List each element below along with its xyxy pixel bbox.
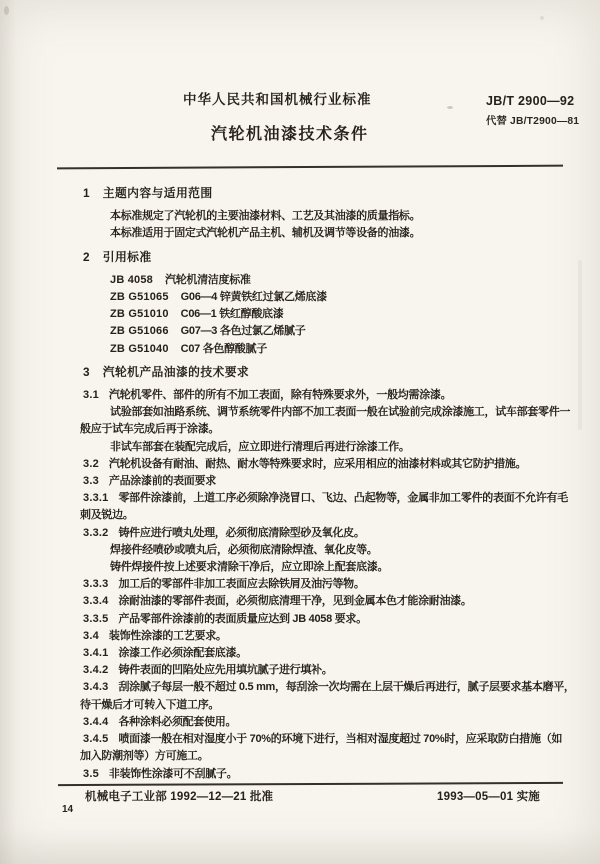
section-heading: 3汽轮机产品油漆的技术要求 [80,364,572,381]
scan-artifact [540,16,544,20]
doc-line: ZB G51040C07 各色醇酸腻子 [80,341,572,358]
clause-text: 零部件涂漆前，上道工序必须除净浇冒口、飞边、凸起物等，金属非加工零件的表面不允许… [118,492,567,504]
clause-text: 喷面漆一般在相对湿度小于 70%的环境下进行，当相对湿度超过 70%时，应采取防… [118,733,562,745]
doc-line: 3.3.4涂耐油漆的零部件表面，必须彻底清理干净，见到金属本色才能涂耐油漆。 [80,593,572,610]
doc-line: 3.4.1涂漆工作必须涂配套底漆。 [80,645,572,662]
doc-line: 3.3产品涂漆前的表面要求 [80,473,572,490]
clause-text: 涂漆工作必须涂配套底漆。 [118,647,246,659]
page-number: 14 [62,804,73,815]
scan-artifact [447,106,453,109]
clause-text: 刺及锐边。 [80,509,134,521]
clause-text: 焊接件经喷砂或喷丸后，必须彻底清除焊渣、氧化皮等。 [110,544,378,556]
clause-text: 加工后的零部件非加工表面应去除铁屑及油污等物。 [118,578,364,590]
doc-line: 焊接件经喷砂或喷丸后，必须彻底清除焊渣、氧化皮等。 [80,542,572,559]
clause-text: 铸件表面的凹陷处应先用填坑腻子进行填补。 [118,664,332,676]
scan-artifact [4,6,9,15]
clause-number: 3.4.3 [83,681,108,693]
clause-text: 刮涂腻子每层一般不超过 0.5 mm，每刮涂一次均需在上层干燥后再进行，腻子层要… [118,681,574,693]
header-rule [57,165,563,170]
section-heading: 2引用标准 [80,249,572,266]
doc-line: 铸件焊接件按上述要求清除干净后，应立即涂上配套底漆。 [80,559,572,576]
clause-text: 装饰性涂漆的工艺要求。 [109,630,227,642]
standard-code: JB/T 2900—92 [486,94,579,108]
clause-text: 产品涂漆前的表面要求 [109,475,216,487]
clause-number: 1 [83,186,90,200]
clause-text: 加入防潮剂等）方可施工。 [80,750,208,762]
clause-number: 3.4 [83,630,99,642]
clause-text: 待干燥后才可转入下道工序。 [80,699,219,711]
doc-line: 3.1汽轮机零件、部件的所有不加工表面，除有特殊要求外，一般均需涂漆。 [80,387,572,404]
doc-line: ZB G51010C06—1 铁红醇酸底漆 [80,306,572,323]
clause-text: 引用标准 [103,250,152,264]
doc-line: 试验部套如油路系统、调节系统零件内部不加工表面一般在试验前完成涂漆施工，试车部套… [80,404,572,421]
doc-line: 3.4.5喷面漆一般在相对湿度小于 70%的环境下进行，当相对湿度超过 70%时… [80,731,572,748]
clause-text: 涂耐油漆的零部件表面，必须彻底清理干净，见到金属本色才能涂耐油漆。 [118,595,471,607]
reference-title: C07 各色醇酸腻子 [181,343,267,355]
clause-text: 汽轮机设备有耐油、耐热、耐水等特殊要求时，应采用相应的油漆材料或其它防护措施。 [109,458,526,470]
standard-code-block: JB/T 2900—92 代替 JB/T2900—81 [486,94,579,127]
reference-code: ZB G51010 [110,308,169,320]
reference-code: JB 4058 [110,274,153,286]
document-footer: 机械电子工业部 1992—12—21 批准 1993—05—01 实施 [85,788,540,804]
doc-line: 3.5非装饰性涂漆可不刮腻子。 [80,766,572,783]
document-body: 1主题内容与适用范围本标准规定了汽轮机的主要油漆材料、工艺及其油漆的质量指标。本… [80,185,572,783]
section-heading: 1主题内容与适用范围 [80,185,572,202]
clause-number: 3.4.1 [83,647,108,659]
clause-number: 3.3 [83,475,99,487]
doc-line: 待干燥后才可转入下道工序。 [80,697,572,714]
clause-number: 3.3.4 [83,595,108,607]
doc-line: 3.4.3刮涂腻子每层一般不超过 0.5 mm，每刮涂一次均需在上层干燥后再进行… [80,679,572,696]
clause-text: 产品零部件涂漆前的表面质量应达到 JB 4058 要求。 [118,613,366,625]
doc-line: 3.3.3加工后的零部件非加工表面应去除铁屑及油污等物。 [80,576,572,593]
doc-line: 非试车部套在装配完成后，应立即进行清理后再进行涂漆工作。 [80,439,572,456]
doc-line: 刺及锐边。 [80,507,572,524]
clause-number: 3.3.5 [83,613,108,625]
document-title: 汽轮机油漆技术条件 [211,121,369,144]
clause-number: 3.3.2 [83,527,108,539]
reference-code: ZB G51065 [110,291,169,303]
reference-title: C06—1 铁红醇酸底漆 [181,308,284,320]
reference-title: G07—3 各色过氯乙烯腻子 [181,325,306,337]
doc-line: 3.4装饰性涂漆的工艺要求。 [80,628,572,645]
scan-artifact [578,260,582,430]
clause-text: 试验部套如油路系统、调节系统零件内部不加工表面一般在试验前完成涂漆施工，试车部套… [110,406,570,418]
standard-replaces-note: 代替 JB/T2900—81 [486,112,579,127]
clause-number: 3.3.3 [83,578,108,590]
doc-line: 3.3.1零部件涂漆前，上道工序必须除净浇冒口、飞边、凸起物等，金属非加工零件的… [80,490,572,507]
clause-number: 3.4.5 [83,733,108,745]
approval-note: 机械电子工业部 1992—12—21 批准 [85,788,273,804]
doc-line: ZB G51065G06—4 锌黄铁红过氯乙烯底漆 [80,289,572,306]
doc-line: JB 4058汽轮机清洁度标准 [80,272,572,289]
doc-line: 3.3.5产品零部件涂漆前的表面质量应达到 JB 4058 要求。 [80,611,572,628]
clause-number: 3.4.2 [83,664,108,676]
clause-number: 3.1 [83,389,99,401]
doc-line: 本标准适用于固定式汽轮机产品主机、辅机及调节等设备的油漆。 [80,225,572,242]
clause-number: 3.3.1 [83,492,108,504]
scan-edge-shade [0,828,600,864]
clause-text: 主题内容与适用范围 [103,186,213,200]
reference-title: 汽轮机清洁度标准 [165,274,251,286]
clause-text: 本标准规定了汽轮机的主要油漆材料、工艺及其油漆的质量指标。 [110,210,420,222]
doc-line: 般应于试车完成后再于涂漆。 [80,421,572,438]
reference-code: ZB G51040 [110,343,169,355]
reference-code: ZB G51066 [110,325,169,337]
clause-number: 3.4.4 [83,716,108,728]
doc-line: 本标准规定了汽轮机的主要油漆材料、工艺及其油漆的质量指标。 [80,208,572,225]
clause-text: 各种涂料必须配套使用。 [118,716,236,728]
doc-line: ZB G51066G07—3 各色过氯乙烯腻子 [80,323,572,340]
implementation-note: 1993—05—01 实施 [437,788,540,804]
doc-line: 3.3.2铸件应进行喷丸处理，必须彻底清除型砂及氧化皮。 [80,525,572,542]
reference-title: G06—4 锌黄铁红过氯乙烯底漆 [181,291,327,303]
clause-text: 汽轮机产品油漆的技术要求 [103,365,249,379]
clause-number: 2 [83,250,90,264]
clause-text: 非装饰性涂漆可不刮腻子。 [109,768,237,780]
clause-text: 非试车部套在装配完成后，应立即进行清理后再进行涂漆工作。 [110,441,410,453]
doc-line: 3.4.2铸件表面的凹陷处应先用填坑腻子进行填补。 [80,662,572,679]
doc-line: 加入防潮剂等）方可施工。 [80,748,572,765]
doc-line: 3.4.4各种涂料必须配套使用。 [80,714,572,731]
clause-number: 3 [83,365,90,379]
clause-text: 铸件焊接件按上述要求清除干净后，应立即涂上配套底漆。 [110,561,388,573]
scan-edge-shade [0,0,16,864]
doc-line: 3.2汽轮机设备有耐油、耐热、耐水等特殊要求时，应采用相应的油漆材料或其它防护措… [80,456,572,473]
standard-org-line: 中华人民共和国机械行业标准 [183,88,372,108]
document-page: 中华人民共和国机械行业标准 JB/T 2900—92 代替 JB/T2900—8… [0,0,600,864]
clause-number: 3.2 [83,458,99,470]
clause-text: 汽轮机零件、部件的所有不加工表面，除有特殊要求外，一般均需涂漆。 [109,389,451,401]
clause-text: 铸件应进行喷丸处理，必须彻底清除型砂及氧化皮。 [118,527,364,539]
clause-text: 般应于试车完成后再于涂漆。 [80,423,219,435]
clause-number: 3.5 [83,768,99,780]
clause-text: 本标准适用于固定式汽轮机产品主机、辅机及调节等设备的油漆。 [110,227,420,239]
